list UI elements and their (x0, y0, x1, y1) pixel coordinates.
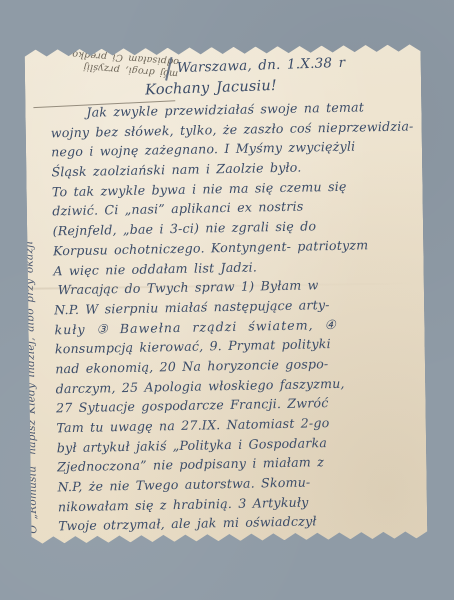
photo-background: mój drogi, przyślij odpisałam Ci prędko … (0, 0, 454, 600)
letter-paper: mój drogi, przyślij odpisałam Ci prędko … (25, 44, 428, 543)
dateline: Warszawa, dn. 1.X.38 r (177, 55, 346, 76)
inverted-pencil-note: mój drogi, przyślij odpisałam Ci prędko (26, 45, 179, 79)
letter-body: Jak zwykle przewidziałaś swoje na temat … (50, 96, 422, 536)
salutation: Kochany Jacusiu! (145, 78, 277, 99)
left-margin-note: O „Romusiu” napisz Kiedy indziej, albo p… (25, 136, 40, 534)
